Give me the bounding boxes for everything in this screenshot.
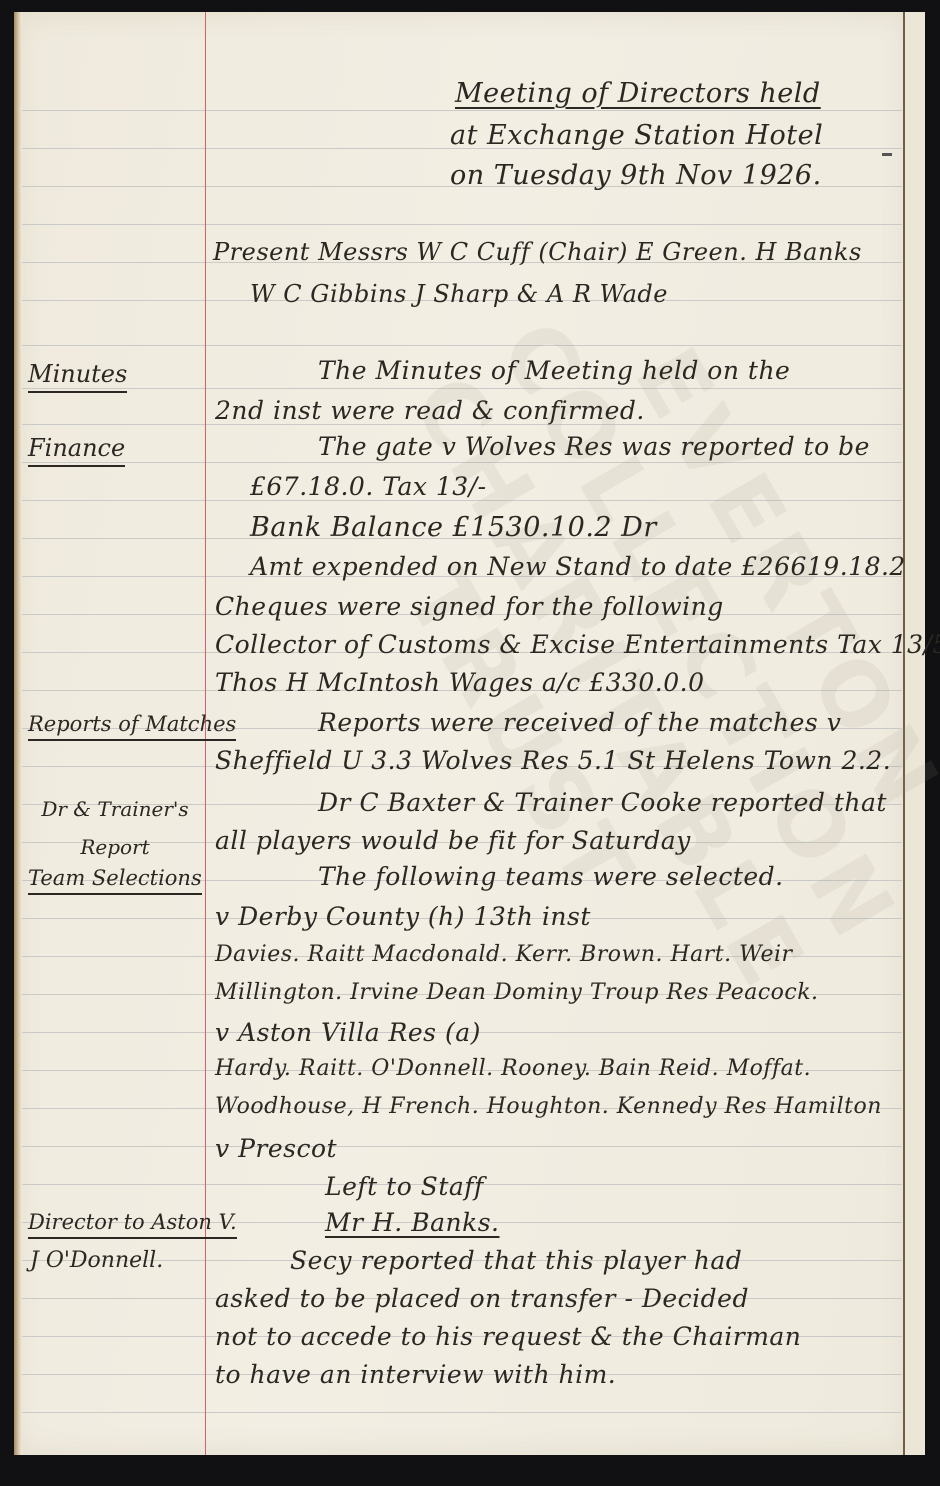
fixture-aston-villa-res: v Aston Villa Res (a) [215, 1018, 481, 1047]
cheque-customs-line: Collector of Customs & Excise Entertainm… [215, 630, 940, 659]
minutes-line-1: The Minutes of Meeting held on the [318, 356, 790, 385]
new-stand-expenditure-line: Amt expended on New Stand to date £26619… [250, 552, 906, 581]
team-derby-line-2: Millington. Irvine Dean Dominy Troup Res… [215, 980, 819, 1005]
heading-line-1: Meeting of Directors held [455, 78, 821, 109]
reports-line-1: Reports were received of the matches v [318, 708, 841, 737]
adjacent-page-edge [903, 12, 925, 1455]
team-aston-line-1: Hardy. Raitt. O'Donnell. Rooney. Bain Re… [215, 1056, 811, 1081]
present-line-2: W C Gibbins J Sharp & A R Wade [250, 280, 668, 308]
finance-line-2: £67.18.0. Tax 13/- [250, 472, 487, 501]
margin-label-director-to-aston: Director to Aston V. [28, 1210, 237, 1239]
odonnell-line-3: not to accede to his request & the Chair… [215, 1322, 801, 1351]
margin-label-minutes: Minutes [28, 360, 127, 393]
fixture-derby-county: v Derby County (h) 13th inst [215, 902, 591, 931]
heading-line-3: on Tuesday 9th Nov 1926. [450, 160, 822, 191]
page-binding-edge [14, 12, 22, 1455]
odonnell-line-4: to have an interview with him. [215, 1360, 616, 1389]
margin-label-j-odonnell: J O'Donnell. [30, 1248, 163, 1273]
left-to-staff-line: Left to Staff [325, 1172, 484, 1201]
minutes-line-2: 2nd inst were read & confirmed. [215, 396, 645, 425]
fixture-prescot: v Prescot [215, 1134, 337, 1163]
cheque-wages-line: Thos H McIntosh Wages a/c £330.0.0 [215, 668, 705, 697]
present-line-1: Present Messrs W C Cuff (Chair) E Green.… [213, 238, 862, 266]
page-mark [882, 153, 892, 156]
margin-label-dr-trainers-report: Dr & Trainer's Report [30, 790, 200, 866]
cheques-heading-line: Cheques were signed for the following [215, 592, 724, 621]
director-name-line: Mr H. Banks. [325, 1208, 500, 1237]
margin-label-team-selections: Team Selections [28, 866, 202, 895]
dr-trainer-line-1: Dr C Baxter & Trainer Cooke reported tha… [318, 788, 887, 817]
match-results-line: Sheffield U 3.3 Wolves Res 5.1 St Helens… [215, 746, 891, 775]
teams-selected-line: The following teams were selected. [318, 862, 784, 891]
margin-label-finance: Finance [28, 434, 125, 467]
odonnell-line-1: Secy reported that this player had [290, 1246, 742, 1275]
odonnell-line-2: asked to be placed on transfer - Decided [215, 1284, 749, 1313]
margin-label-reports-of-matches: Reports of Matches [28, 712, 236, 741]
team-derby-line-1: Davies. Raitt Macdonald. Kerr. Brown. Ha… [215, 942, 793, 967]
finance-line-1: The gate v Wolves Res was reported to be [318, 432, 870, 461]
heading-line-2: at Exchange Station Hotel [450, 120, 823, 151]
team-aston-line-2: Woodhouse, H French. Houghton. Kennedy R… [215, 1094, 882, 1119]
bank-balance-line: Bank Balance £1530.10.2 Dr [250, 512, 657, 543]
dr-trainer-line-2: all players would be fit for Saturday [215, 826, 691, 855]
